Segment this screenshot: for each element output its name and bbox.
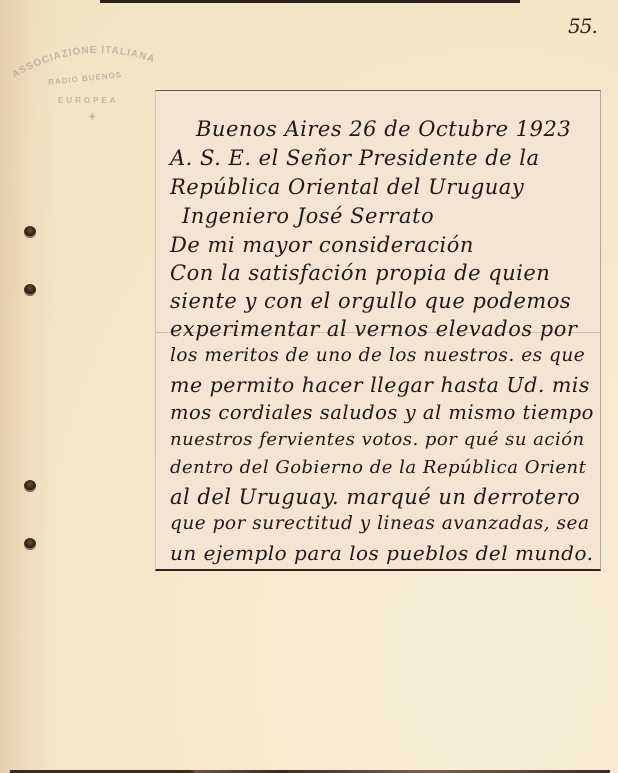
binder-hole-icon [24,284,36,296]
binder-hole-icon [24,480,36,492]
letter-line-body: que por surectitud y lineas avanzadas, s… [170,513,590,534]
binder-hole-icon [24,538,36,550]
letter-line-body: mos cordiales saludos y al mismo tiempo [170,401,594,424]
letter-line-body: dentro del Gobierno de la República Orie… [170,457,586,478]
letter-line-body: Con la satisfación propia de quien [170,261,550,285]
handwritten-letter: Buenos Aires 26 de Octubre 1923 A. S. E.… [155,90,601,571]
letter-line-body: siente y con el orgullo que podemos [170,289,571,313]
star-emblem-icon: ✦ [88,112,96,123]
archive-page: 55. ASSOCIAZIONE ITALIANA RADIO BUENOS E… [0,0,618,773]
stamp-line3: EUROPEA [58,96,119,105]
letter-line-body: nuestros fervientes votos. por qué su ac… [170,429,585,450]
archive-stamp: ASSOCIAZIONE ITALIANA RADIO BUENOS EUROP… [6,40,176,120]
letter-line-addressee: República Oriental del Uruguay [170,175,524,199]
letter-line-body: al del Uruguay. marqué un derrotero [170,485,580,509]
letter-line-closing: un ejemplo para los pueblos del mundo. [170,541,594,565]
letter-line-body: experimentar al vernos elevados por [170,317,577,341]
letter-line-body: los meritos de uno de los nuestros. es q… [170,345,585,366]
letter-line-body: me permito hacer llegar hasta Ud. mis [170,373,590,397]
letter-line-addressee: A. S. E. el Señor Presidente de la [170,146,540,170]
page-top-edge [100,0,520,3]
page-number: 55. [568,14,597,38]
letter-line-date: Buenos Aires 26 de Octubre 1923 [196,117,571,141]
letter-line-salutation: De mi mayor consideración [170,233,474,257]
binder-hole-icon [24,226,36,238]
letter-line-addressee-name: Ingeniero José Serrato [182,204,434,228]
